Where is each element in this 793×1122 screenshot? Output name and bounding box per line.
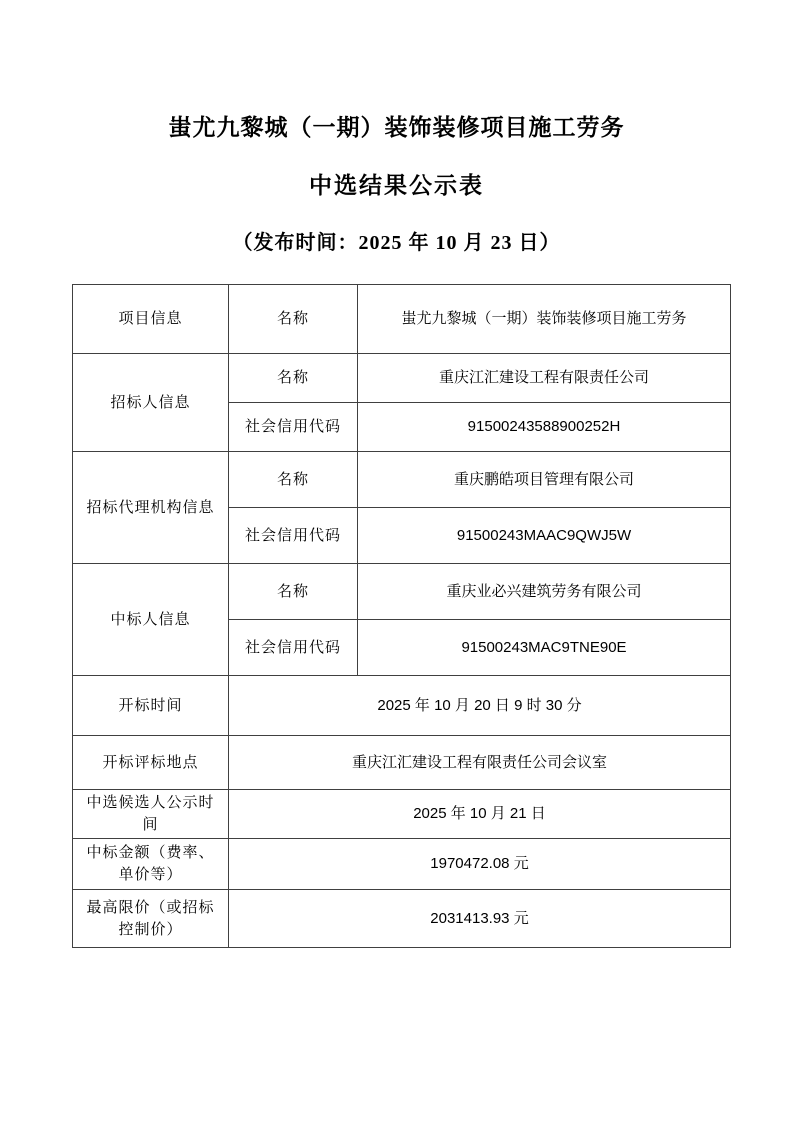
row-value-candidate-publicity-time: 2025 年 10 月 21 日 xyxy=(229,790,731,839)
field-value-winner-name: 重庆业必兴建筑劳务有限公司 xyxy=(358,564,731,620)
table-row: 开标评标地点 重庆江汇建设工程有限责任公司会议室 xyxy=(73,736,731,790)
field-value-agency-credit-code: 91500243MAAC9QWJ5W xyxy=(358,508,731,564)
field-value-agency-name: 重庆鹏皓项目管理有限公司 xyxy=(358,452,731,508)
field-key-tenderer-credit-code: 社会信用代码 xyxy=(229,403,358,452)
table-row: 中选候选人公示时间 2025 年 10 月 21 日 xyxy=(73,790,731,839)
table-row: 招标人信息 名称 重庆江汇建设工程有限责任公司 xyxy=(73,354,731,403)
field-key-tenderer-name: 名称 xyxy=(229,354,358,403)
table-row: 最高限价（或招标控制价） 2031413.93 元 xyxy=(73,890,731,948)
row-value-bid-opening-place: 重庆江汇建设工程有限责任公司会议室 xyxy=(229,736,731,790)
table-row: 开标时间 2025 年 10 月 20 日 9 时 30 分 xyxy=(73,676,731,736)
row-value-winning-amount: 1970472.08 元 xyxy=(229,839,731,890)
table-row: 招标代理机构信息 名称 重庆鹏皓项目管理有限公司 xyxy=(73,452,731,508)
table-row: 项目信息 名称 蚩尤九黎城（一期）装饰装修项目施工劳务 xyxy=(73,285,731,354)
table-row: 中标金额（费率、单价等） 1970472.08 元 xyxy=(73,839,731,890)
row-label-bid-opening-time: 开标时间 xyxy=(73,676,229,736)
publish-date-line: （发布时间：2025 年 10 月 23 日） xyxy=(0,229,793,257)
document-title-line1: 蚩尤九黎城（一期）装饰装修项目施工劳务 xyxy=(0,0,793,143)
row-label-candidate-publicity-time: 中选候选人公示时间 xyxy=(73,790,229,839)
field-key-project-name: 名称 xyxy=(229,285,358,354)
row-value-max-price-limit: 2031413.93 元 xyxy=(229,890,731,948)
row-label-bid-opening-place: 开标评标地点 xyxy=(73,736,229,790)
field-key-agency-name: 名称 xyxy=(229,452,358,508)
group-label-project-info: 项目信息 xyxy=(73,285,229,354)
field-key-agency-credit-code: 社会信用代码 xyxy=(229,508,358,564)
field-key-winner-name: 名称 xyxy=(229,564,358,620)
row-value-bid-opening-time: 2025 年 10 月 20 日 9 时 30 分 xyxy=(229,676,731,736)
document-page: 蚩尤九黎城（一期）装饰装修项目施工劳务 中选结果公示表 （发布时间：2025 年… xyxy=(0,0,793,1122)
group-label-tenderer-info: 招标人信息 xyxy=(73,354,229,452)
group-label-agency-info: 招标代理机构信息 xyxy=(73,452,229,564)
field-value-tenderer-credit-code: 91500243588900252H xyxy=(358,403,731,452)
field-value-project-name: 蚩尤九黎城（一期）装饰装修项目施工劳务 xyxy=(358,285,731,354)
document-title-line2: 中选结果公示表 xyxy=(0,171,793,201)
field-value-tenderer-name: 重庆江汇建设工程有限责任公司 xyxy=(358,354,731,403)
group-label-winner-info: 中标人信息 xyxy=(73,564,229,676)
field-key-winner-credit-code: 社会信用代码 xyxy=(229,620,358,676)
table-row: 中标人信息 名称 重庆业必兴建筑劳务有限公司 xyxy=(73,564,731,620)
field-value-winner-credit-code: 91500243MAC9TNE90E xyxy=(358,620,731,676)
row-label-max-price-limit: 最高限价（或招标控制价） xyxy=(73,890,229,948)
bid-result-table: 项目信息 名称 蚩尤九黎城（一期）装饰装修项目施工劳务 招标人信息 名称 重庆江… xyxy=(72,284,731,948)
row-label-winning-amount: 中标金额（费率、单价等） xyxy=(73,839,229,890)
